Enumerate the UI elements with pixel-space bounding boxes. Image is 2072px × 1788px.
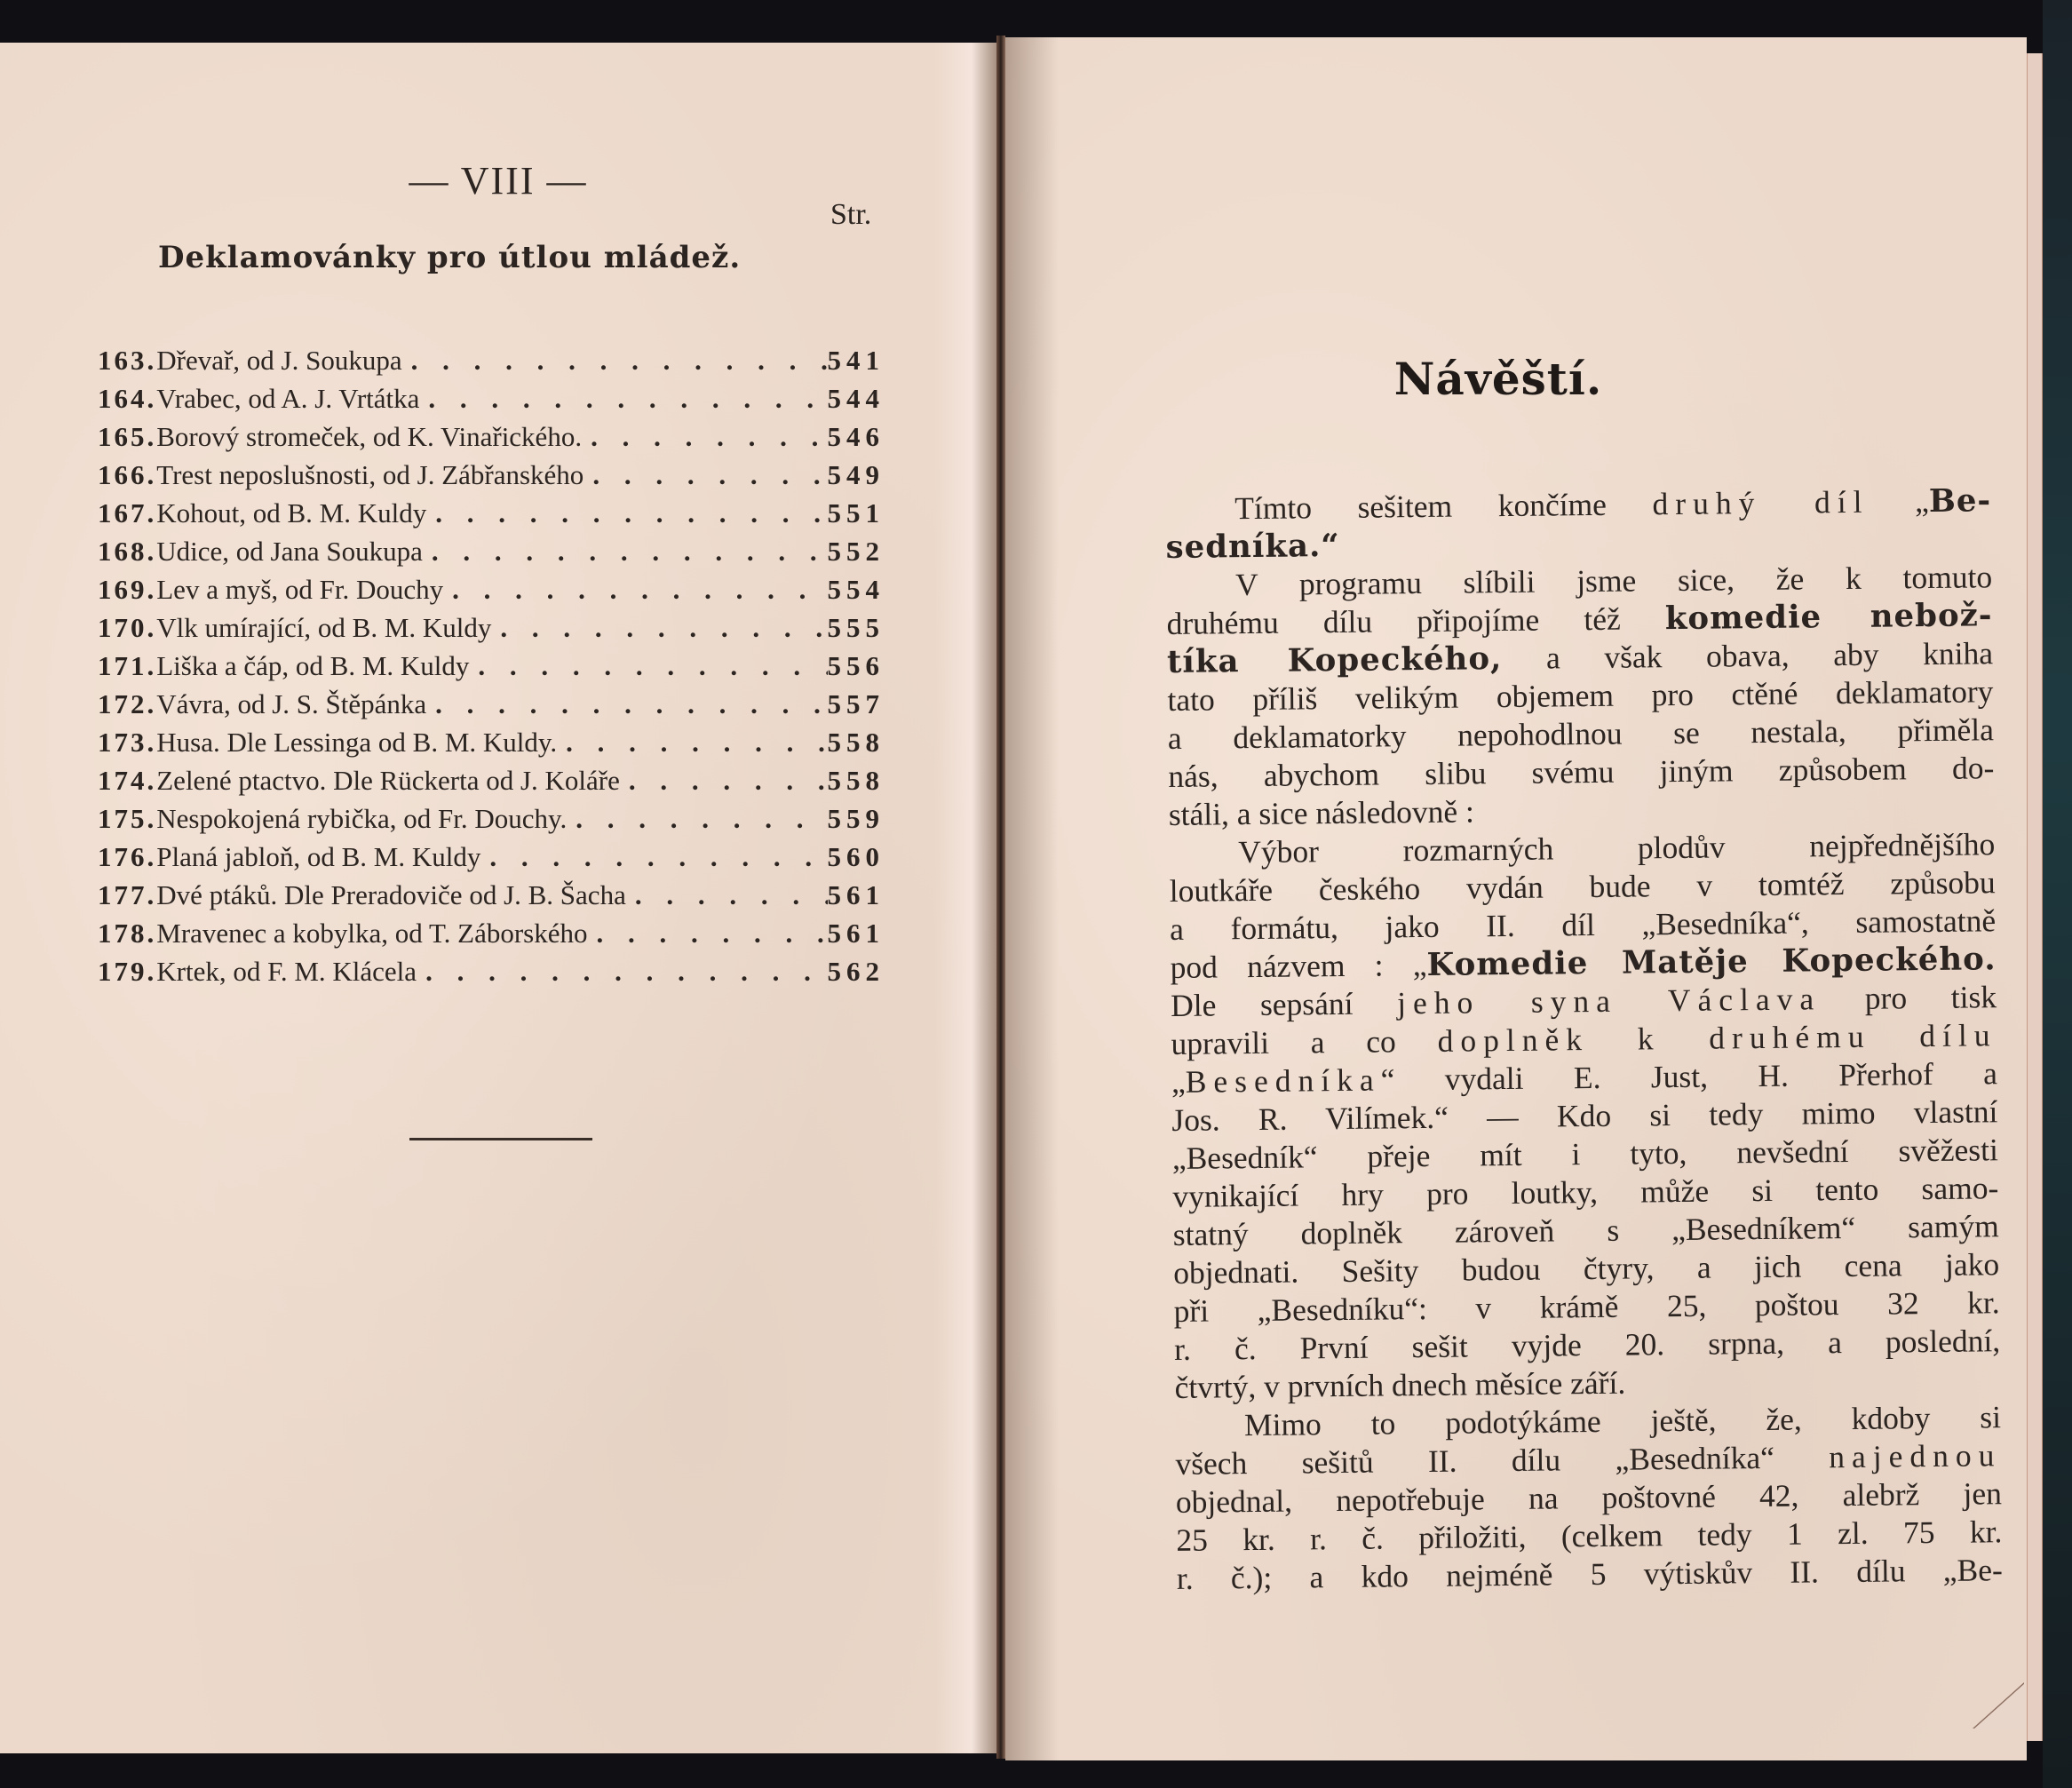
entry-number: 179. — [98, 956, 156, 988]
text-run: a formátu, jako II. díl „Besedníka“, sam… — [1170, 902, 1996, 947]
dot-leader — [587, 918, 827, 950]
entry-title: Planá jabloň, od B. M. Kuldy — [156, 841, 480, 873]
text-run: “ vydali E. Just, H. Přerhof a — [1380, 1055, 1997, 1097]
bold-text: tíka Kopeckého, — [1167, 640, 1503, 680]
entry-title: Dvé ptáků. Dle Preradoviče od J. B. Šach… — [156, 879, 626, 911]
dot-leader — [480, 841, 827, 873]
page-number: — VIII — — [0, 158, 996, 203]
entry-title: Mravenec a kobylka, od T. Záborského — [156, 918, 587, 950]
bold-text: Be- — [1929, 482, 1992, 520]
text-run: „ — [1869, 483, 1929, 520]
dot-leader — [426, 688, 827, 720]
text-run: „ — [1171, 1064, 1186, 1100]
dot-leader — [567, 803, 827, 835]
entry-number: 165. — [98, 421, 156, 453]
entry-number: 171. — [98, 650, 156, 682]
section-divider — [409, 1138, 592, 1140]
entry-page-number: 549 — [828, 459, 885, 491]
section-heading: Deklamovánky pro útlou mládež. — [158, 240, 741, 275]
left-page: — VIII — Str. Deklamovánky pro útlou mlá… — [0, 43, 996, 1753]
book-spread: — VIII — Str. Deklamovánky pro útlou mlá… — [0, 0, 2072, 1788]
entry-page-number: 555 — [828, 612, 885, 644]
entry-title: Dřevař, od J. Soukupa — [156, 345, 401, 377]
spaced-text: Besedníka — [1186, 1061, 1381, 1099]
entry-page-number: 541 — [828, 345, 885, 377]
entry-page-number: 562 — [828, 956, 885, 988]
entry-title: Liška a čáp, od B. M. Kuldy — [156, 650, 469, 682]
text-run: r. č.); a kdo nejméně 5 výtiskův II. díl… — [1177, 1552, 2003, 1596]
entry-title: Husa. Dle Lessinga od B. M. Kuldy. — [156, 727, 557, 759]
dot-leader — [626, 879, 828, 911]
entry-title: Zelené ptactvo. Dle Rückerta od J. Kolář… — [156, 765, 620, 797]
entry-title: Vrabec, od A. J. Vrtátka — [156, 383, 419, 415]
entry-number: 178. — [98, 918, 156, 950]
toc-entry: 173.Husa. Dle Lessinga od B. M. Kuldy.55… — [98, 727, 885, 765]
text-run: statný doplněk zároveň s „Besedníkem“ sa… — [1173, 1208, 1999, 1252]
toc-entry: 164.Vrabec, od A. J. Vrtátka544 — [98, 383, 885, 421]
entry-title: Krtek, od F. M. Klácela — [156, 956, 417, 988]
dot-leader — [583, 459, 827, 491]
text-run: tato příliš velikým objemem pro ctěné de… — [1167, 673, 1993, 718]
text-run: při „Besedníku“: v krámě 25, poštou 32 k… — [1173, 1284, 1999, 1329]
spaced-text: doplněk k druhému dílu — [1437, 1017, 1997, 1059]
entry-number: 175. — [98, 803, 156, 835]
text-run: V programu slíbili jsme sice, že k tomut… — [1235, 559, 1992, 602]
entry-number: 172. — [98, 688, 156, 720]
book-cover-edge — [2043, 0, 2072, 1788]
entry-number: 166. — [98, 459, 156, 491]
text-run: „Besedník“ přeje mít i tyto, nevšední sv… — [1172, 1132, 1998, 1176]
text-run: objednati. Sešity budou čtyry, a jich ce… — [1173, 1246, 1999, 1291]
toc-entry: 174.Zelené ptactvo. Dle Rückerta od J. K… — [98, 765, 885, 803]
bold-text: komedie nebož- — [1665, 597, 1993, 637]
text-run: Výbor rozmarných plodův nejpřednějšího — [1238, 826, 1995, 870]
spaced-text: jeho syna Václava — [1397, 981, 1821, 1021]
dot-leader — [491, 612, 827, 644]
dot-leader — [426, 497, 827, 529]
bold-text: Komedie Matěje Kopeckého. — [1426, 941, 1996, 983]
entry-number: 168. — [98, 536, 156, 568]
entry-number: 167. — [98, 497, 156, 529]
toc-entry: 170.Vlk umírající, od B. M. Kuldy555 — [98, 612, 885, 650]
entry-title: Nespokojená rybička, od Fr. Douchy. — [156, 803, 567, 835]
text-run: čtvrtý, v prvních dnech měsíce září. — [1174, 1365, 1625, 1405]
entry-title: Kohout, od B. M. Kuldy — [156, 497, 426, 529]
toc-entry: 171.Liška a čáp, od B. M. Kuldy556 — [98, 650, 885, 688]
entry-title: Lev a myš, od Fr. Douchy — [156, 574, 443, 606]
text-run: Dle sepsání — [1171, 985, 1397, 1023]
toc-entry: 178.Mravenec a kobylka, od T. Záborského… — [98, 918, 885, 956]
entry-title: Trest neposlušnosti, od J. Zábřanského — [156, 459, 583, 491]
entry-number: 170. — [98, 612, 156, 644]
toc-entry: 165.Borový stromeček, od K. Vinařického.… — [98, 421, 885, 459]
entry-number: 173. — [98, 727, 156, 759]
text-line: r. č.); a kdo nejméně 5 výtiskův II. díl… — [1177, 1551, 2003, 1598]
text-run: Jos. R. Vilímek.“ — Kdo si tedy mimo vla… — [1171, 1093, 1997, 1138]
dot-leader — [423, 536, 828, 568]
text-run: Tímto sešitem končíme — [1234, 486, 1653, 526]
table-of-contents: 163.Dřevař, od J. Soukupa541164.Vrabec, … — [98, 345, 885, 994]
toc-entry: 172.Vávra, od J. S. Štěpánka557 — [98, 688, 885, 727]
entry-title: Vlk umírající, od B. M. Kuldy — [156, 612, 491, 644]
right-page: Návěští. Tímto sešitem končíme druhý díl… — [1005, 37, 2027, 1760]
text-run: a však obava, aby kniha — [1502, 635, 1993, 676]
text-run: vynikající hry pro loutky, může si tento… — [1172, 1170, 1998, 1214]
dot-leader — [620, 765, 828, 797]
dot-leader — [417, 956, 827, 988]
entry-page-number: 558 — [828, 765, 885, 797]
entry-title: Vávra, od J. S. Štěpánka — [156, 688, 426, 720]
dot-leader — [469, 650, 827, 682]
entry-number: 164. — [98, 383, 156, 415]
dot-leader — [443, 574, 827, 606]
text-run: nás, abychom slibu svému jiným způsobem … — [1168, 750, 1994, 794]
entry-page-number: 556 — [828, 650, 885, 682]
text-run: objednal, nepotřebuje na poštovné 42, al… — [1176, 1475, 2002, 1520]
text-run: 25 kr. r. č. přiložiti, (celkem tedy 1 z… — [1176, 1514, 2002, 1558]
text-run: r. č. První sešit vyjde 20. srpna, a pos… — [1174, 1323, 2000, 1367]
dot-leader — [402, 345, 828, 377]
entry-number: 163. — [98, 345, 156, 377]
entry-page-number: 552 — [828, 536, 885, 568]
page-column-label: Str. — [830, 198, 871, 232]
spaced-text: najednou — [1829, 1437, 2002, 1474]
dot-leader — [557, 727, 827, 759]
toc-entry: 169.Lev a myš, od Fr. Douchy554 — [98, 574, 885, 612]
text-run: všech sešitů II. dílu „Besedníka“ — [1175, 1439, 1829, 1482]
folded-corner — [1973, 1683, 2025, 1729]
entry-number: 174. — [98, 765, 156, 797]
text-run: loutkáře českého vydán bude v tomtéž způ… — [1170, 864, 1996, 909]
toc-entry: 166.Trest neposlušnosti, od J. Zábřanské… — [98, 459, 885, 497]
toc-entry: 163.Dřevař, od J. Soukupa541 — [98, 345, 885, 383]
entry-page-number: 557 — [828, 688, 885, 720]
text-run: pro tisk — [1821, 979, 1997, 1016]
announcement-title: Návěští. — [1005, 353, 1991, 405]
text-run: druhému dílu připojíme též — [1166, 600, 1665, 641]
entry-page-number: 559 — [828, 803, 885, 835]
dot-leader — [419, 383, 827, 415]
entry-page-number: 561 — [828, 879, 885, 911]
dot-leader — [582, 421, 827, 453]
entry-page-number: 551 — [828, 497, 885, 529]
entry-number: 177. — [98, 879, 156, 911]
bold-text: sedníka.“ — [1165, 528, 1339, 566]
entry-page-number: 561 — [828, 918, 885, 950]
toc-entry: 179.Krtek, od F. M. Klácela562 — [98, 956, 885, 994]
announcement-body: Tímto sešitem končíme druhý díl „Be-sedn… — [1165, 481, 2003, 1598]
spaced-text: druhý díl — [1652, 484, 1869, 522]
text-run: pod názvem : „ — [1170, 947, 1426, 985]
text-run: stáli, a sice následovně : — [1169, 793, 1474, 832]
toc-entry: 175.Nespokojená rybička, od Fr. Douchy.5… — [98, 803, 885, 841]
entry-page-number: 560 — [828, 841, 885, 873]
entry-title: Borový stromeček, od K. Vinařického. — [156, 421, 582, 453]
entry-title: Udice, od Jana Soukupa — [156, 536, 423, 568]
page-stack-edge — [2027, 53, 2043, 1741]
toc-entry: 167.Kohout, od B. M. Kuldy551 — [98, 497, 885, 536]
toc-entry: 176.Planá jabloň, od B. M. Kuldy560 — [98, 841, 885, 879]
toc-entry: 177.Dvé ptáků. Dle Preradoviče od J. B. … — [98, 879, 885, 918]
entry-page-number: 554 — [828, 574, 885, 606]
text-run: upravili a co — [1171, 1023, 1437, 1061]
entry-number: 176. — [98, 841, 156, 873]
entry-page-number: 558 — [828, 727, 885, 759]
book-gutter — [996, 36, 1005, 1759]
entry-page-number: 544 — [828, 383, 885, 415]
entry-page-number: 546 — [828, 421, 885, 453]
entry-number: 169. — [98, 574, 156, 606]
text-run: a deklamatorky nepohodlnou se nestala, p… — [1168, 711, 1994, 756]
text-run: Mimo to podotýkáme ještě, že, kdoby si — [1244, 1399, 2001, 1442]
toc-entry: 168.Udice, od Jana Soukupa552 — [98, 536, 885, 574]
